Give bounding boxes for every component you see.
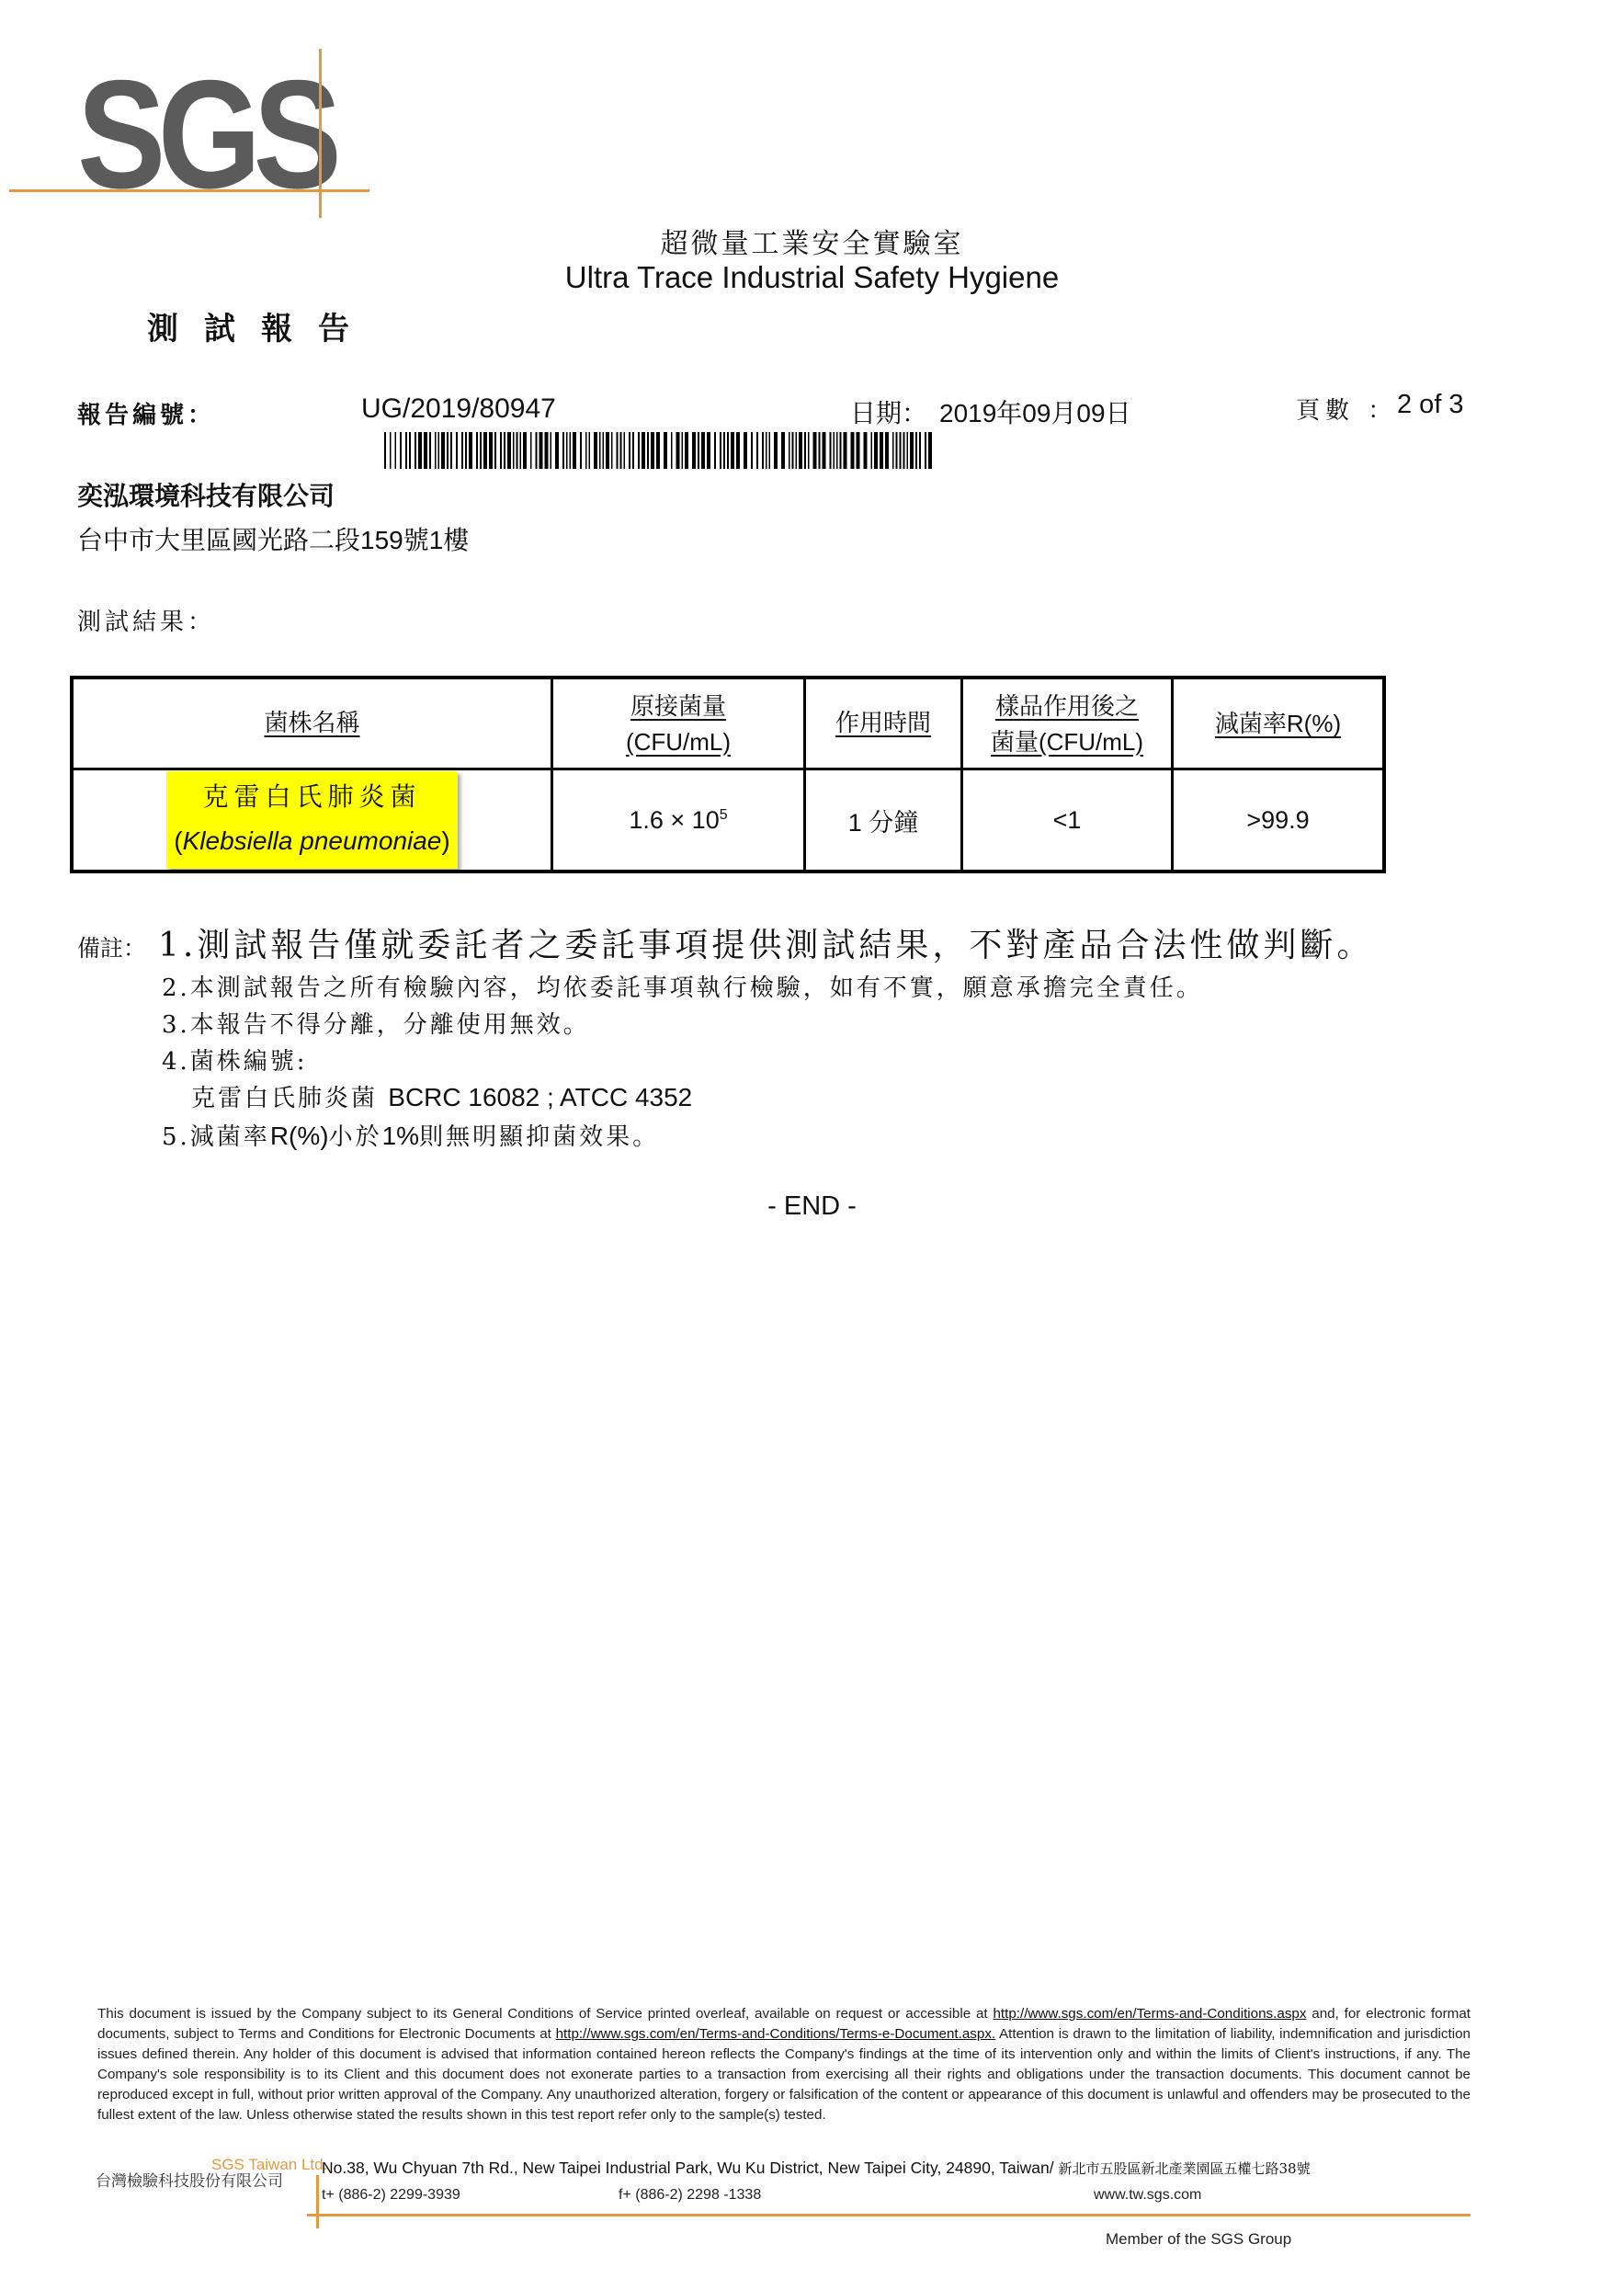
lab-name-chinese: 超微量工業安全實驗室 <box>0 221 1624 261</box>
logo-accent-vertical-line <box>319 49 322 218</box>
note-item-2: 2.本測試報告之所有檢驗內容，均依委託事項執行檢驗，如有不實，願意承擔完全責任。 <box>162 969 1203 1003</box>
column-header-contact-time: 作用時間 <box>805 678 962 769</box>
client-company-name: 奕泓環境科技有限公司 <box>77 476 335 513</box>
header-label: 菌株名稱 <box>264 710 359 737</box>
header-label: 原接菌量 <box>630 693 726 721</box>
table-header-row: 菌株名稱 原接菌量 (CFU/mL) 作用時間 樣品作用後之 菌量(CFU/mL… <box>72 678 1384 769</box>
header-unit: 菌量(CFU/mL) <box>991 728 1143 756</box>
sgs-logo: SGS <box>77 57 334 211</box>
note-item-3: 3.本報告不得分離，分離使用無效。 <box>162 1006 590 1040</box>
strain-codes: BCRC 16082 ; ATCC 4352 <box>388 1083 692 1111</box>
initial-count-exponent: 5 <box>720 807 728 823</box>
address-english: No.38, Wu Chyuan 7th Rd., New Taipei Ind… <box>322 2159 1059 2177</box>
terms-conditions-link[interactable]: http://www.sgs.com/en/Terms-and-Conditio… <box>993 2006 1306 2022</box>
legal-disclaimer: This document is issued by the Company s… <box>97 2004 1471 2125</box>
report-number: UG/2019/80947 <box>361 393 556 425</box>
disclaimer-text: This document is issued by the Company s… <box>97 2006 993 2022</box>
footer-telephone: t+ (886-2) 2299-3939 <box>322 2187 460 2204</box>
page-count: 2 of 3 <box>1397 390 1464 420</box>
note-item-1: 1.測試報告僅就委託者之委託事項提供測試結果，不對產品合法性做判斷。 <box>158 919 1373 966</box>
date-label: 日期： <box>850 393 927 430</box>
cell-after-count: <1 <box>962 769 1173 872</box>
footer-member-statement: Member of the SGS Group <box>1106 2230 1291 2249</box>
note-text: 小於 <box>329 1123 382 1151</box>
note-item-4: 4.菌株編號: <box>162 1042 308 1077</box>
cell-contact-time: 1 分鐘 <box>805 769 962 872</box>
barcode-icon <box>384 432 937 469</box>
footer-accent-horizontal-line <box>307 2214 1471 2216</box>
results-table: 菌株名稱 原接菌量 (CFU/mL) 作用時間 樣品作用後之 菌量(CFU/mL… <box>70 676 1386 873</box>
client-address: 台中市大里區國光路二段159號1樓 <box>77 520 469 557</box>
header-label: 減菌率R(%) <box>1215 710 1341 737</box>
header-unit: (CFU/mL) <box>626 728 731 756</box>
strain-name: 克雷白氏肺炎菌 <box>191 1085 388 1112</box>
note-item-4-detail: 克雷白氏肺炎菌 BCRC 16082 ; ATCC 4352 <box>191 1079 692 1113</box>
footer-company-chinese: 台灣檢驗科技股份有限公司 <box>96 2168 283 2191</box>
header-label: 樣品作用後之 <box>995 693 1139 721</box>
footer-accent-vertical-line <box>316 2175 319 2228</box>
column-header-reduction-rate: 減菌率R(%) <box>1173 678 1385 769</box>
note-item-5: 5.減菌率R(%)小於1%則無明顯抑菌效果。 <box>162 1118 659 1152</box>
address-chinese: 新北市五股區新北產業園區五權七路38號 <box>1059 2160 1311 2177</box>
cell-reduction-rate: >99.9 <box>1173 769 1385 872</box>
note-text: 則無明顯抑菌效果。 <box>419 1123 659 1151</box>
column-header-strain: 菌株名稱 <box>72 678 552 769</box>
report-number-label: 報告編號： <box>77 396 215 430</box>
footer-website-link[interactable]: www.tw.sgs.com <box>1094 2187 1201 2204</box>
cell-strain: 克雷白氏肺炎菌 (Klebsiella pneumoniae) <box>72 769 552 872</box>
note-text: 5.減菌率 <box>162 1123 270 1151</box>
table-row: 克雷白氏肺炎菌 (Klebsiella pneumoniae) 1.6 × 10… <box>72 769 1384 872</box>
header-label: 作用時間 <box>835 710 931 737</box>
test-results-label: 測試結果： <box>77 603 215 637</box>
note-text: R(%) <box>270 1122 329 1150</box>
terms-e-document-link[interactable]: http://www.sgs.com/en/Terms-and-Conditio… <box>556 2026 996 2042</box>
strain-name-chinese: 克雷白氏肺炎菌 <box>202 781 421 812</box>
column-header-initial-count: 原接菌量 (CFU/mL) <box>552 678 805 769</box>
lab-name-english: Ultra Trace Industrial Safety Hygiene <box>0 260 1624 295</box>
footer-address: No.38, Wu Chyuan 7th Rd., New Taipei Ind… <box>322 2159 1311 2178</box>
report-date: 2019年09月09日 <box>939 393 1131 430</box>
column-header-after-count: 樣品作用後之 菌量(CFU/mL) <box>962 678 1173 769</box>
cell-initial-count: 1.6 × 105 <box>552 769 805 872</box>
logo-accent-horizontal-line <box>9 189 369 192</box>
page-count-label: 頁數 ： <box>1296 392 1397 426</box>
footer-fax: f+ (886-2) 2298 -1338 <box>619 2187 761 2204</box>
initial-count-base: 1.6 × 10 <box>629 806 719 834</box>
report-title: 測試報告 <box>147 303 375 348</box>
strain-highlight: 克雷白氏肺炎菌 (Klebsiella pneumoniae) <box>166 771 457 869</box>
notes-label: 備註： <box>77 930 146 963</box>
note-text: 1% <box>382 1122 419 1150</box>
end-mark: - END - <box>0 1191 1624 1222</box>
strain-name-latin: Klebsiella pneumoniae <box>183 826 442 855</box>
